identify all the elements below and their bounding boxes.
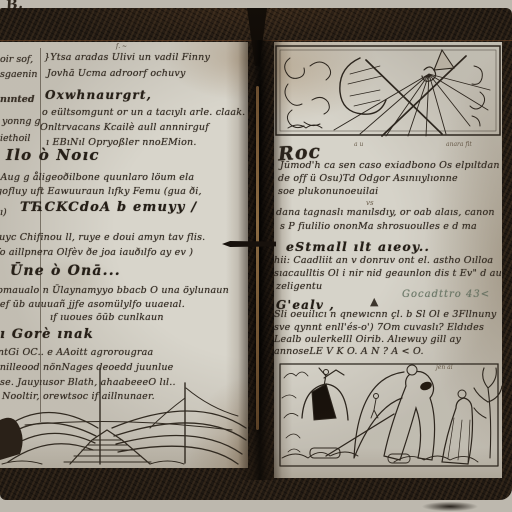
spine-cord bbox=[256, 86, 259, 430]
margin-note: oir sof, bbox=[0, 54, 33, 65]
text-line: Jūmod'h ca sen caso exiadbono Os elpıltd… bbox=[280, 161, 500, 171]
section-heading: eStmall ılt aıeoy.. bbox=[286, 241, 430, 254]
figures-scene-illustration bbox=[274, 358, 502, 474]
text-line: Sli oeuilıcı n qnewıcnn çl. b Sl Ol e 3F… bbox=[274, 310, 496, 320]
tittle-mark: ſ. ~ bbox=[116, 43, 127, 50]
text-line: . Aug g åligeoðilbone quunlaro löum ela bbox=[0, 173, 194, 183]
panel-caption: anara fit bbox=[446, 141, 472, 148]
text-line: annoseLE V K O. A N ? A < O. bbox=[274, 347, 424, 357]
text-line: Onltrvacans Kcailè aull annnirguf bbox=[40, 123, 209, 133]
text-line: s P fiulilio ononMa shrosuoulles e d ma bbox=[280, 222, 477, 232]
path-and-fronds-illustration bbox=[0, 368, 248, 468]
text-line: }Ytsa aradas Ulivi un vadil Finny bbox=[44, 53, 210, 63]
text-line: oef ūb auuuañ jjfe asomülylfo uuaeıal. bbox=[0, 300, 185, 310]
margin-note: iethoil bbox=[0, 133, 30, 144]
text-line: Jovhā Ucma adroorf ochuvy bbox=[47, 69, 186, 79]
text-line: dana tagnaslı manılsdıy, or oab alaıs, c… bbox=[276, 208, 495, 218]
text-line: fo aillpnera Olfèv ðe joa iauðılfo ay ev… bbox=[0, 248, 193, 258]
text-line: Lealb oulerkelll Oirib. Alıewuy gill ay bbox=[274, 335, 461, 345]
manuscript-photograph: B. oir sof, sgaenin nınted yonng g ietho… bbox=[0, 0, 512, 512]
section-heading: Ūne ò Onā... bbox=[10, 264, 121, 278]
ink-smudge bbox=[418, 501, 482, 512]
text-line: ıf ıuoues ōūb cunlkaun bbox=[50, 313, 164, 323]
section-heading: Ilo ò Noıc bbox=[6, 148, 100, 163]
right-page: a u anara fit Roc Jūmod'h ca sen caso ex… bbox=[274, 42, 502, 478]
section-heading: Oxwhnaurgrt, bbox=[45, 89, 152, 101]
text-line: antGi OC.. e AAoitt agrorougraa bbox=[0, 348, 153, 358]
text-line: soe plukonunoeuilai bbox=[278, 187, 378, 197]
text-line: somaualo n Ūlaynamyyo bbacb O una öyluna… bbox=[0, 286, 229, 296]
text-line: gofluy uft Eawuuraun lıfky Femu (gua ði, bbox=[0, 187, 202, 197]
section-heading: ı Gorè ınak bbox=[0, 328, 94, 341]
signature-note: Gocadttro 43< bbox=[402, 289, 490, 300]
text-line: sıacaulltis Ol i nir nid geaunlon dis t … bbox=[274, 269, 502, 279]
clasp-tie bbox=[222, 241, 276, 247]
panel-caption: a u bbox=[354, 141, 363, 148]
text-line: zeligentu bbox=[276, 282, 322, 292]
margin-note: nınted bbox=[0, 94, 35, 105]
margin-note: sgaenin bbox=[0, 69, 38, 80]
margin-note: ı) bbox=[0, 207, 7, 218]
left-page: oir sof, sgaenin nınted yonng g iethoil … bbox=[0, 42, 248, 468]
triangle-glyph: ▲ bbox=[370, 295, 378, 308]
ornamental-burst-panel-illustration bbox=[274, 44, 502, 140]
text-line: suyc Chifinou ll, ruye e doui amyn tav f… bbox=[0, 233, 205, 243]
text-line: sve qynnt enll'és-o') 7Om cuvaslı? Eldıd… bbox=[274, 323, 484, 333]
text-line: hii: Caadliit an v donruv ont el. astho … bbox=[274, 256, 493, 266]
margin-note: yonng g bbox=[2, 116, 41, 127]
vs-mark: vs bbox=[366, 199, 374, 207]
text-line: o eültsomgunt or un a tacıylı arle. claa… bbox=[42, 108, 245, 118]
section-heading: TЋCKCdoA b emuyy / bbox=[20, 201, 197, 214]
text-line: de off ü Osu)Td Odgor Asınııylıonne bbox=[278, 174, 458, 184]
